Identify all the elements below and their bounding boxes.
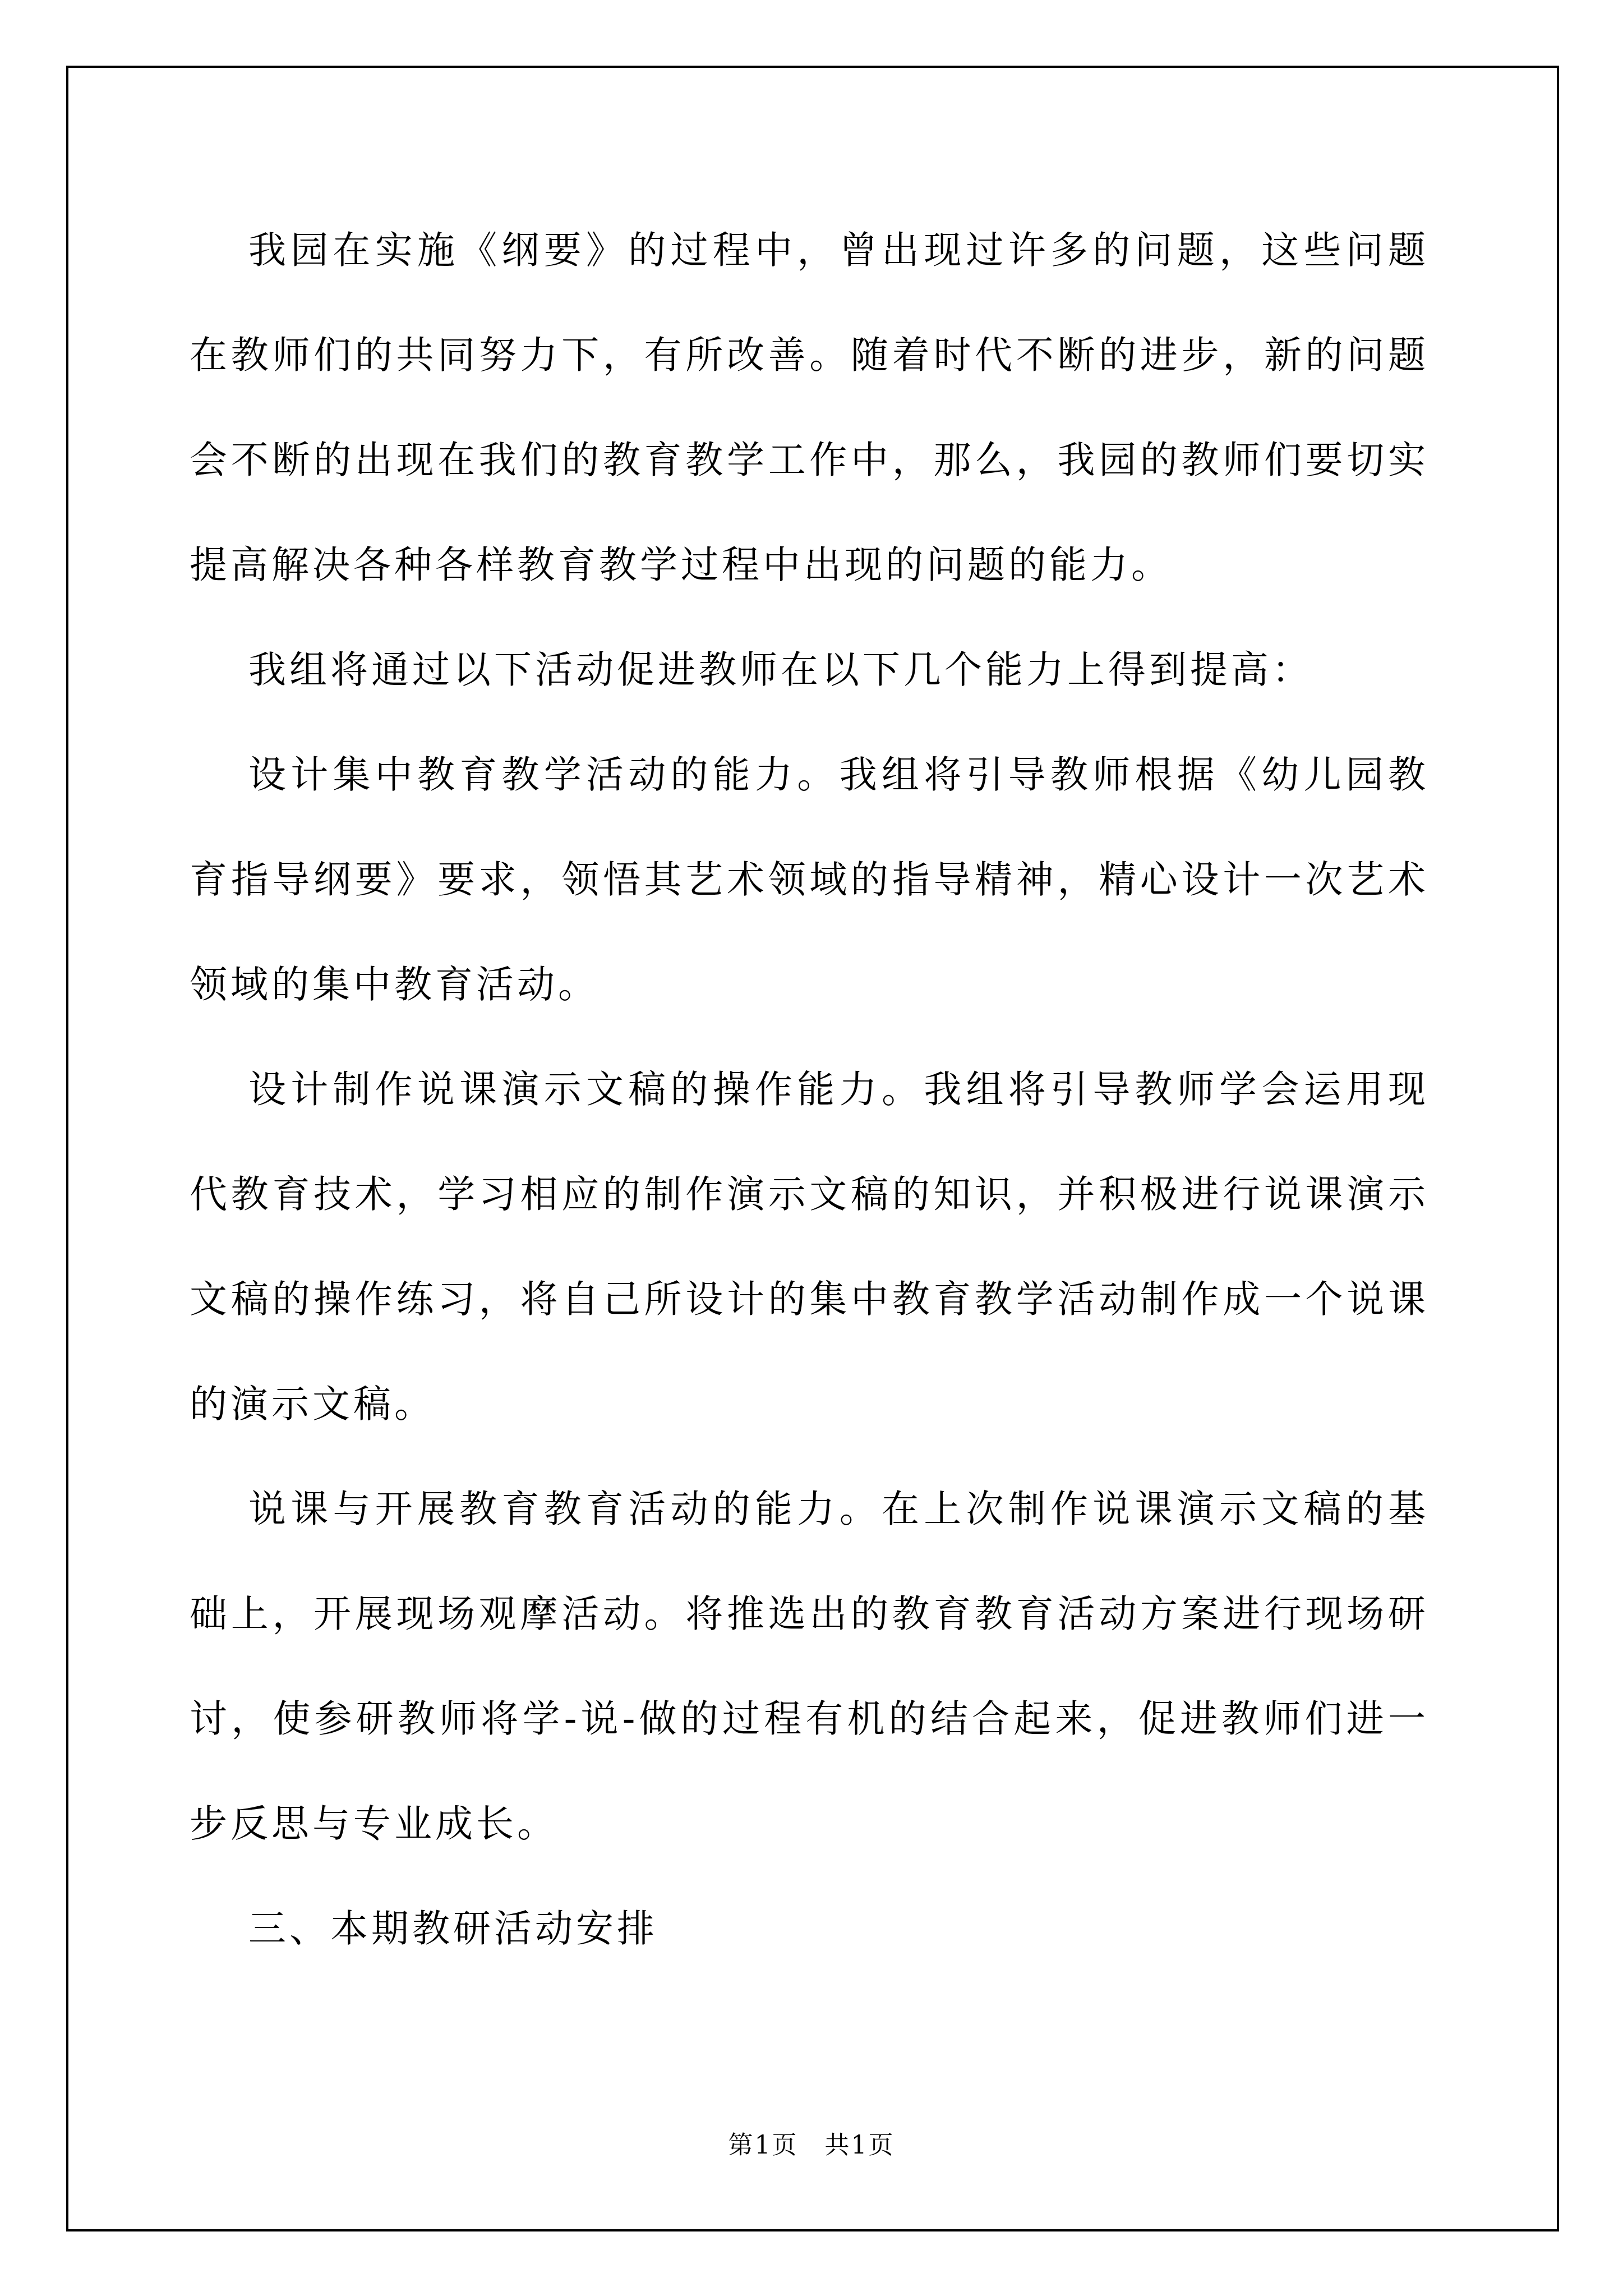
- document-body: 我园在实施《纲要》的过程中，曾出现过许多的问题，这些问题在教师们的共同努力下，有…: [190, 198, 1429, 1981]
- paragraph: 说课与开展教育教育活动的能力。在上次制作说课演示文稿的基础上，开展现场观摩活动。…: [190, 1457, 1429, 1876]
- page-number-label: 第1页 共1页: [728, 2131, 895, 2160]
- section-heading-paragraph: 三、本期教研活动安排: [190, 1876, 1429, 1981]
- paragraph: 设计集中教育教学活动的能力。我组将引导教师根据《幼儿园教育指导纲要》要求，领悟其…: [190, 723, 1429, 1037]
- paragraph: 我园在实施《纲要》的过程中，曾出现过许多的问题，这些问题在教师们的共同努力下，有…: [190, 198, 1429, 618]
- page-footer: 第1页 共1页: [0, 2129, 1623, 2162]
- paragraph: 设计制作说课演示文稿的操作能力。我组将引导教师学会运用现代教育技术，学习相应的制…: [190, 1037, 1429, 1457]
- document-page: 我园在实施《纲要》的过程中，曾出现过许多的问题，这些问题在教师们的共同努力下，有…: [0, 0, 1623, 2296]
- paragraph: 我组将通过以下活动促进教师在以下几个能力上得到提高：: [190, 618, 1429, 723]
